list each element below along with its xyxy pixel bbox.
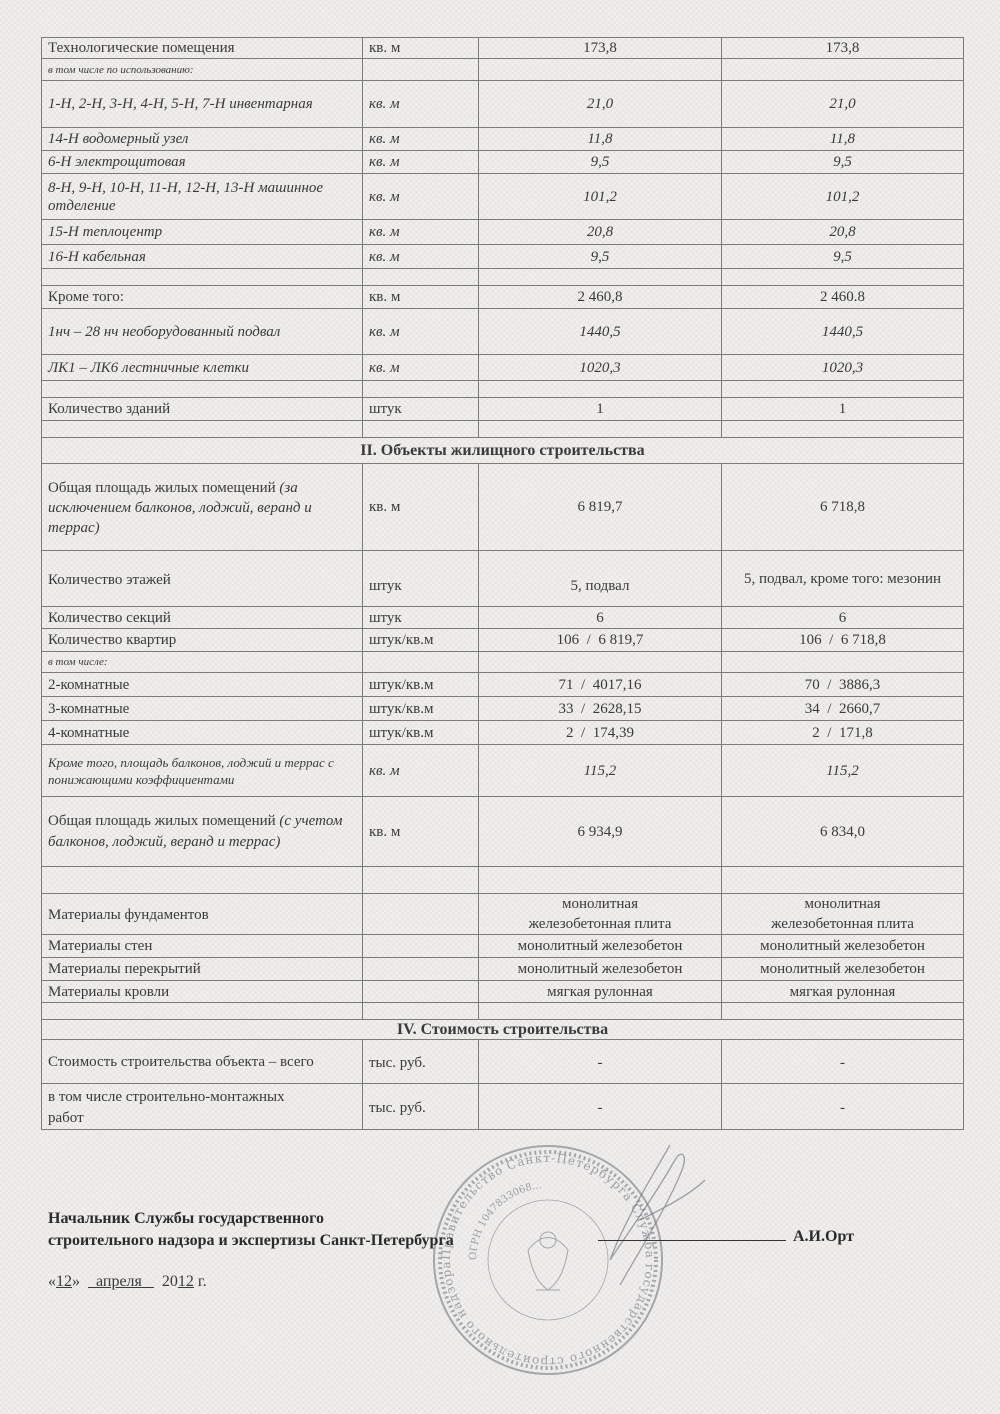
row-actual-value: -	[722, 1084, 964, 1130]
row-actual-value: 101,2	[722, 174, 964, 220]
row-project-value: мягкая рулонная	[479, 981, 722, 1003]
row-unit: кв. м	[363, 245, 479, 269]
row-label: 16-Н кабельная	[42, 245, 363, 269]
row-project-value: 71 / 4017,16	[479, 673, 722, 697]
row-actual-value: 5, подвал, кроме того: мезонин	[722, 551, 964, 607]
row-actual-value: 2 460.8	[722, 286, 964, 309]
row-unit: штук/кв.м	[363, 629, 479, 652]
row-actual-value: 106 / 6 718,8	[722, 629, 964, 652]
row-label: Технологические помещения	[42, 38, 363, 59]
row-project-value: 6	[479, 607, 722, 629]
table-row: Материалы стен монолитный железобетон мо…	[42, 935, 964, 958]
document-date: «12» апреля 2012 г.	[48, 1273, 207, 1291]
row-project-value: 9,5	[479, 245, 722, 269]
row-subheading: в том числе:	[42, 652, 363, 673]
row-project-value: монолитный железобетон	[479, 958, 722, 981]
row-label: Материалы перекрытий	[42, 958, 363, 981]
row-label: ЛК1 – ЛК6 лестничные клетки	[42, 355, 363, 381]
row-unit: кв. м	[363, 745, 479, 797]
row-actual-value: 6 718,8	[722, 464, 964, 551]
table-row: Материалы фундаментов монолитная железоб…	[42, 894, 964, 935]
row-unit: кв. м	[363, 38, 479, 59]
row-unit: кв. м	[363, 220, 479, 245]
table-row: 1нч – 28 нч необорудованный подвал кв. м…	[42, 309, 964, 355]
row-project-value: 33 / 2628,15	[479, 697, 722, 721]
row-label: Стоимость строительства объекта – всего	[42, 1040, 363, 1084]
row-unit: штук/кв.м	[363, 673, 479, 697]
row-unit	[363, 981, 479, 1003]
row-project-value: 11,8	[479, 128, 722, 151]
date-month: апреля	[88, 1273, 154, 1290]
row-project-value: 2 / 174,39	[479, 721, 722, 745]
row-label: Материалы кровли	[42, 981, 363, 1003]
section-heading-row: II. Объекты жилищного строительства	[42, 438, 964, 464]
row-actual-value: 21,0	[722, 81, 964, 128]
signatory-title-line1: Начальник Службы государственного	[48, 1208, 454, 1230]
row-project-value: 2 460,8	[479, 286, 722, 309]
row-actual-value: монолитная железобетонная плита	[722, 894, 964, 935]
table-spacer-row	[42, 269, 964, 286]
table-row: ЛК1 – ЛК6 лестничные клетки кв. м 1020,3…	[42, 355, 964, 381]
table-row: 16-Н кабельная кв. м 9,5 9,5	[42, 245, 964, 269]
row-unit: штук/кв.м	[363, 721, 479, 745]
table-row: 14-Н водомерный узел кв. м 11,8 11,8	[42, 128, 964, 151]
signature-line	[598, 1240, 786, 1241]
section-title: IV. Стоимость строительства	[42, 1020, 964, 1040]
row-label: 1-Н, 2-Н, 3-Н, 4-Н, 5-Н, 7-Н инвентарная	[42, 81, 363, 128]
row-unit: кв. м	[363, 797, 479, 867]
row-label: Общая площадь жилых помещений (за исключ…	[42, 464, 363, 551]
row-actual-value: 1440,5	[722, 309, 964, 355]
section-title: II. Объекты жилищного строительства	[42, 438, 964, 464]
row-unit	[363, 894, 479, 935]
row-actual-value: монолитный железобетон	[722, 958, 964, 981]
row-project-value: 173,8	[479, 38, 722, 59]
row-project-value: 1	[479, 398, 722, 421]
row-unit: тыс. руб.	[363, 1040, 479, 1084]
row-label: Количество секций	[42, 607, 363, 629]
row-unit	[363, 935, 479, 958]
row-label: 15-Н теплоцентр	[42, 220, 363, 245]
row-label: 14-Н водомерный узел	[42, 128, 363, 151]
row-actual-value: 6	[722, 607, 964, 629]
label-main: Общая площадь жилых помещений	[48, 813, 279, 829]
row-unit: кв. м	[363, 309, 479, 355]
row-label: Количество квартир	[42, 629, 363, 652]
row-unit: штук	[363, 607, 479, 629]
row-project-value: 115,2	[479, 745, 722, 797]
table-row: 3-комнатные штук/кв.м 33 / 2628,15 34 / …	[42, 697, 964, 721]
table-spacer-row	[42, 1003, 964, 1020]
row-project-value: 5, подвал	[479, 551, 722, 607]
row-unit	[363, 958, 479, 981]
row-project-value: монолитная железобетонная плита	[479, 894, 722, 935]
row-label: Общая площадь жилых помещений (с учетом …	[42, 797, 363, 867]
label-main: Общая площадь жилых помещений	[48, 480, 279, 496]
row-project-value: 1020,3	[479, 355, 722, 381]
row-project-value: 20,8	[479, 220, 722, 245]
row-actual-value: 1	[722, 398, 964, 421]
row-label: 2-комнатные	[42, 673, 363, 697]
row-label: 8-Н, 9-Н, 10-Н, 11-Н, 12-Н, 13-Н машинно…	[42, 174, 363, 220]
signatory-title-line2: строительного надзора и экспертизы Санкт…	[48, 1230, 454, 1252]
row-label: 3-комнатные	[42, 697, 363, 721]
row-actual-value: монолитный железобетон	[722, 935, 964, 958]
table-row: Материалы перекрытий монолитный железобе…	[42, 958, 964, 981]
row-actual-value: 34 / 2660,7	[722, 697, 964, 721]
table-row: Материалы кровли мягкая рулонная мягкая …	[42, 981, 964, 1003]
row-actual-value: 9,5	[722, 151, 964, 174]
row-actual-value: 173,8	[722, 38, 964, 59]
row-unit: кв. м	[363, 286, 479, 309]
table-row: в том числе по использованию:	[42, 59, 964, 81]
row-project-value: 21,0	[479, 81, 722, 128]
row-project-value: 9,5	[479, 151, 722, 174]
row-actual-value: 70 / 3886,3	[722, 673, 964, 697]
row-unit: кв. м	[363, 128, 479, 151]
row-label: 1нч – 28 нч необорудованный подвал	[42, 309, 363, 355]
row-label: Материалы стен	[42, 935, 363, 958]
row-project-value: -	[479, 1040, 722, 1084]
building-parameters-table: Технологические помещения кв. м 173,8 17…	[41, 37, 964, 1130]
row-label: Материалы фундаментов	[42, 894, 363, 935]
row-actual-value: 2 / 171,8	[722, 721, 964, 745]
row-actual-value: мягкая рулонная	[722, 981, 964, 1003]
table-row: Количество этажей штук 5, подвал 5, подв…	[42, 551, 964, 607]
table-row: в том числе:	[42, 652, 964, 673]
date-year-prefix: 20	[162, 1273, 178, 1290]
row-unit: штук	[363, 551, 479, 607]
row-project-value: монолитный железобетон	[479, 935, 722, 958]
row-subheading: в том числе по использованию:	[42, 59, 363, 81]
row-actual-value: 115,2	[722, 745, 964, 797]
row-project-value: 106 / 6 819,7	[479, 629, 722, 652]
row-unit: тыс. руб.	[363, 1084, 479, 1130]
table-row: Технологические помещения кв. м 173,8 17…	[42, 38, 964, 59]
table-row: 8-Н, 9-Н, 10-Н, 11-Н, 12-Н, 13-Н машинно…	[42, 174, 964, 220]
row-actual-value: 9,5	[722, 245, 964, 269]
table-spacer-row	[42, 421, 964, 438]
table-row: Кроме того, площадь балконов, лоджий и т…	[42, 745, 964, 797]
row-actual-value: 1020,3	[722, 355, 964, 381]
row-actual-value: 6 834,0	[722, 797, 964, 867]
table-row: 4-комнатные штук/кв.м 2 / 174,39 2 / 171…	[42, 721, 964, 745]
row-unit: кв. м	[363, 174, 479, 220]
table-row: Количество секций штук 6 6	[42, 607, 964, 629]
table-spacer-row	[42, 381, 964, 398]
row-unit: кв. м	[363, 151, 479, 174]
table-row: 2-комнатные штук/кв.м 71 / 4017,16 70 / …	[42, 673, 964, 697]
row-label: Количество этажей	[42, 551, 363, 607]
official-stamp-icon: Правительство Санкт-Петербурга Служба го…	[428, 1140, 668, 1380]
svg-text:ОГРН 1047833068...: ОГРН 1047833068...	[468, 1180, 542, 1260]
row-label: Количество зданий	[42, 398, 363, 421]
table-row: Общая площадь жилых помещений (с учетом …	[42, 797, 964, 867]
row-project-value: 1440,5	[479, 309, 722, 355]
table-row: Кроме того: кв. м 2 460,8 2 460.8	[42, 286, 964, 309]
row-label: Кроме того:	[42, 286, 363, 309]
table-row: Количество квартир штук/кв.м 106 / 6 819…	[42, 629, 964, 652]
row-unit: штук	[363, 398, 479, 421]
date-day: 12	[56, 1273, 72, 1290]
date-year-suffix: 12	[178, 1273, 194, 1290]
signatory-title: Начальник Службы государственного строит…	[48, 1208, 454, 1252]
table-row: Стоимость строительства объекта – всего …	[42, 1040, 964, 1084]
row-actual-value: -	[722, 1040, 964, 1084]
row-actual-value: 11,8	[722, 128, 964, 151]
signatory-name: А.И.Орт	[793, 1228, 854, 1246]
row-unit: штук/кв.м	[363, 697, 479, 721]
row-actual-value: 20,8	[722, 220, 964, 245]
row-label: 6-Н электрощитовая	[42, 151, 363, 174]
table-row: Общая площадь жилых помещений (за исключ…	[42, 464, 964, 551]
row-label: в том числе строительно-монтажных работ	[42, 1084, 363, 1130]
date-suffix: г.	[194, 1273, 207, 1290]
row-project-value: 6 819,7	[479, 464, 722, 551]
row-project-value: 6 934,9	[479, 797, 722, 867]
row-project-value: 101,2	[479, 174, 722, 220]
row-unit: кв. м	[363, 81, 479, 128]
table-spacer-row	[42, 867, 964, 894]
row-project-value: -	[479, 1084, 722, 1130]
section-heading-row: IV. Стоимость строительства	[42, 1020, 964, 1040]
table-row: 15-Н теплоцентр кв. м 20,8 20,8	[42, 220, 964, 245]
handwritten-signature-icon	[580, 1140, 710, 1290]
table-row: 6-Н электрощитовая кв. м 9,5 9,5	[42, 151, 964, 174]
table-row: 1-Н, 2-Н, 3-Н, 4-Н, 5-Н, 7-Н инвентарная…	[42, 81, 964, 128]
table-row: Количество зданий штук 1 1	[42, 398, 964, 421]
row-label: Кроме того, площадь балконов, лоджий и т…	[42, 745, 363, 797]
svg-text:Правительство Санкт-Петербурга: Правительство Санкт-Петербурга Служба го…	[428, 1140, 657, 1369]
table-row: в том числе строительно-монтажных работ …	[42, 1084, 964, 1130]
row-label: 4-комнатные	[42, 721, 363, 745]
row-unit: кв. м	[363, 464, 479, 551]
row-unit: кв. м	[363, 355, 479, 381]
